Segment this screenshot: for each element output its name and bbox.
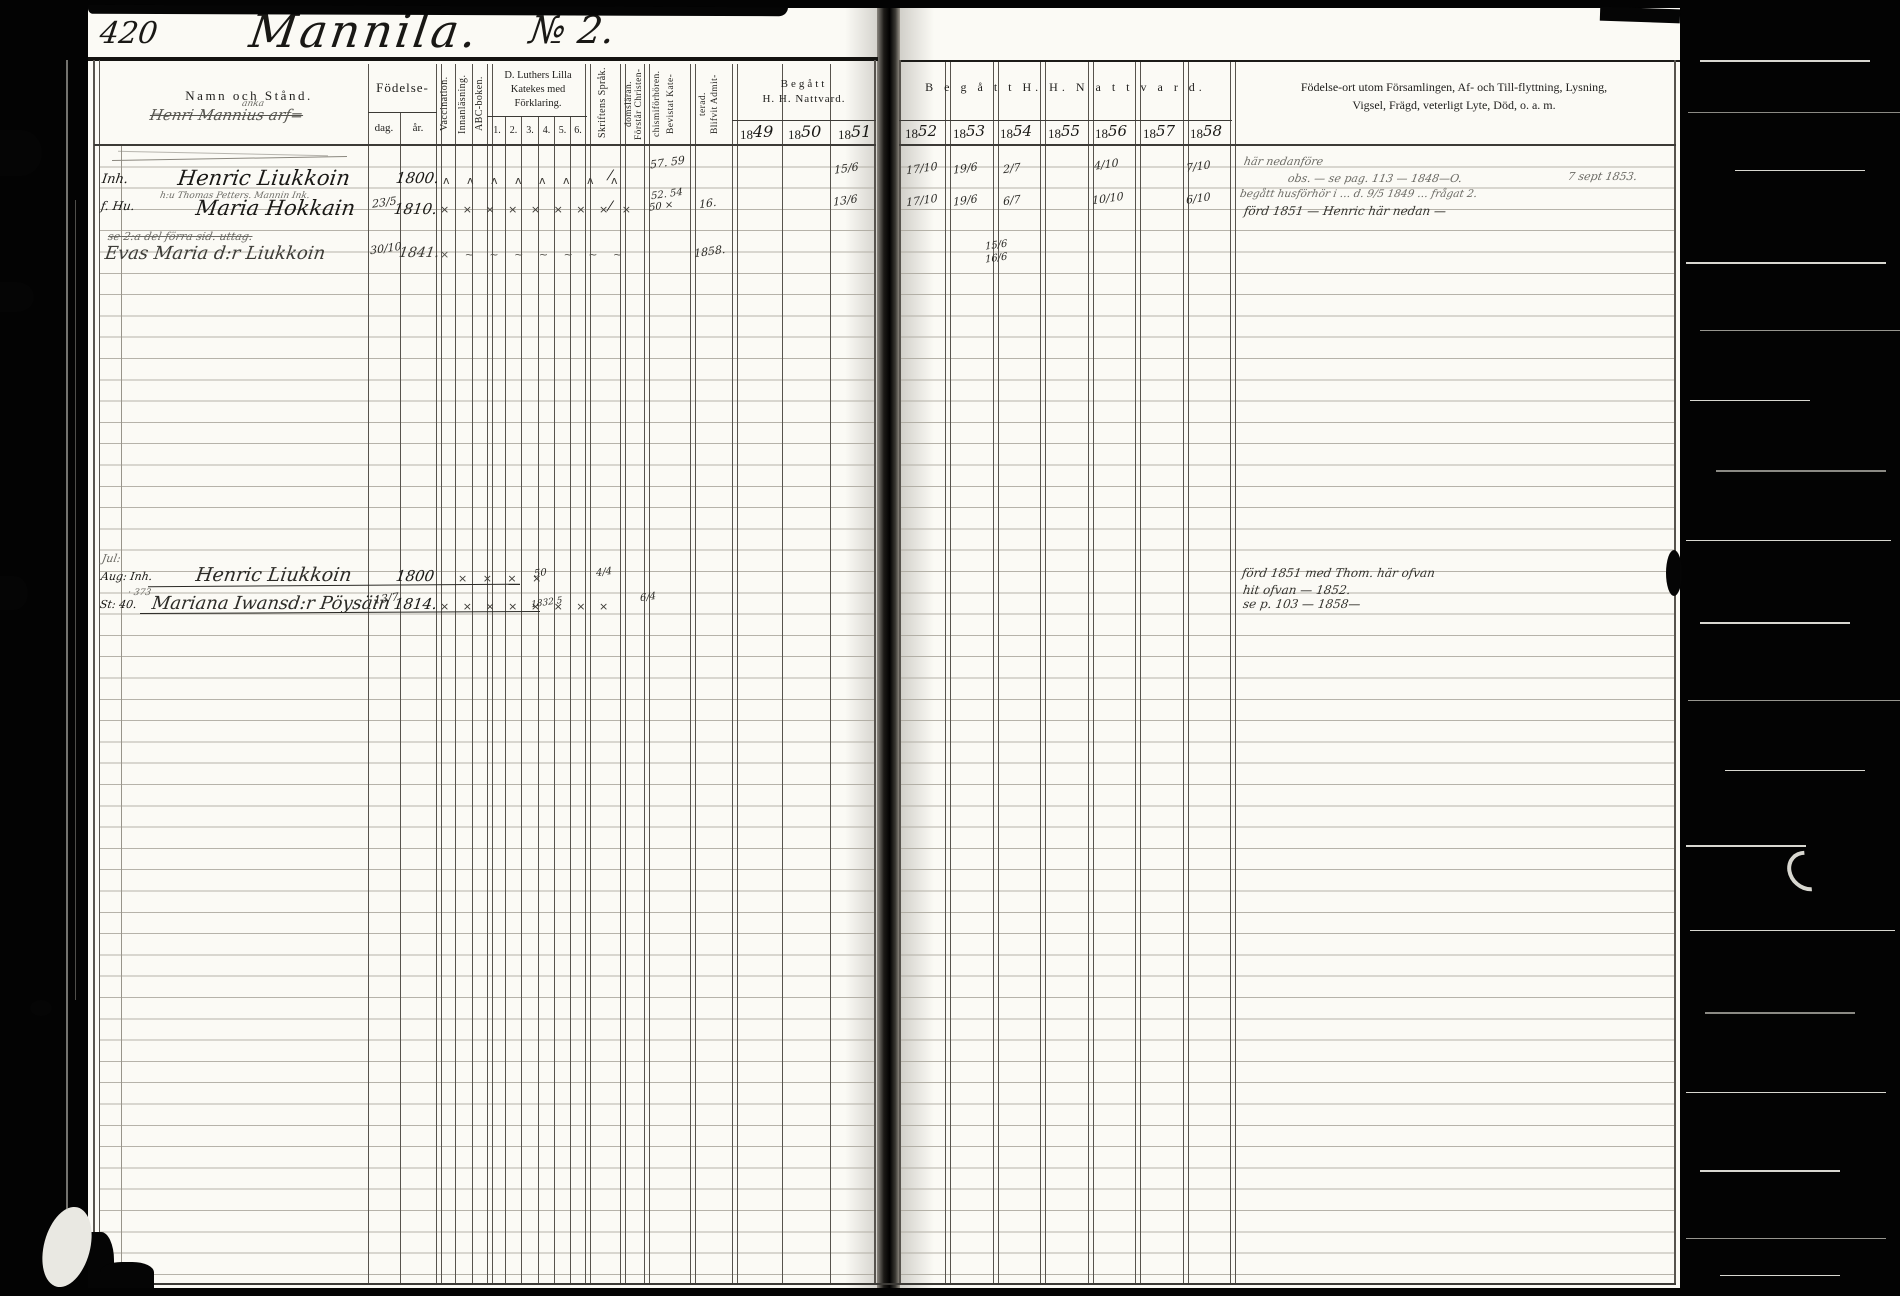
col-line-1858 [1183,62,1189,1285]
page-number: 420 [98,16,160,51]
year-1854-hand: 54 [1013,122,1032,140]
mid-row2-name: Mariana Iwansd:r Pöysäin [151,593,392,614]
year-1855-hand: 55 [1061,122,1080,140]
page-edge-highlight-2 [75,200,76,1000]
col-header-attended-2: chismiförhören. [652,64,662,144]
year-1850-printed: 18 [788,127,801,142]
prefix-column-line [121,146,122,1285]
scan-blot-left-4 [30,1000,52,1016]
year-cell-1857: 1857 [1143,124,1175,143]
year-1851-printed: 18 [838,127,851,142]
title-rule-right [900,60,1680,62]
mid-row1-admit-mark: 4/4 [596,566,612,579]
torn-edge-right-nick [1666,550,1682,596]
page-edge-highlight-1 [66,60,68,1210]
mid-row1-prefix: Aug: Inh. [100,570,153,583]
mid-row2-attended-mark: 6/4 [640,591,656,604]
year-cell-1854: 1854 [1000,124,1032,143]
annotation-mid-3: se p. 103 — 1858— [1242,597,1361,611]
table-bottom-rule [94,1283,1676,1285]
torn-corner-bottom-left-2 [100,1262,154,1288]
mid-row2-birth-year: 1814. [393,595,438,613]
year-1856-printed: 18 [1095,126,1108,141]
year-1857-hand: 57 [1156,122,1175,140]
annotation-top-1: här nedanföre [1243,155,1324,168]
scratch-15 [1686,1092,1886,1093]
catechism-col-6: 6. [571,125,585,136]
col-header-communion-right: B e g å t t H. H. N a t t v a r d. [899,80,1232,95]
scratch-7 [1716,470,1886,472]
left-page-inner-edge [99,60,100,1285]
communion-year-divider-left [732,120,876,121]
year-cell-1851: 1851 [838,124,871,144]
row1-check-marks: ʌ ʌ ʌ ʌ ʌ ʌ ʌ ʌ [443,174,625,187]
year-1858-hand: 58 [1203,122,1222,140]
year-1858-printed: 18 [1190,126,1203,141]
scratch-13 [1690,930,1895,931]
mid-row1-birth-year: 1800 [395,567,436,585]
col-header-scripture: Skriftens Språk. [597,64,608,142]
col-header-birth-year: år. [400,122,436,134]
annotation-top-2-right: 7 sept 1853. [1567,170,1638,183]
col-header-birth-day: dag. [368,122,400,134]
col-header-name-crossed: Henri Mannius arf= [148,106,304,124]
mid-group-note: Jul: [101,552,122,565]
left-page-left-edge [93,60,95,1285]
row2-prefix: f. Hu. [100,199,136,213]
scratch-curl [1779,842,1837,899]
year-cell-1852: 1852 [905,124,937,143]
year-cell-1850: 1850 [788,124,821,144]
col-line-attended [644,64,650,1285]
col-header-abc: ABC-boken. [474,66,485,142]
year-1852-printed: 18 [905,126,918,141]
torn-edge-top-right [1600,7,1680,24]
col-header-catechism-1: D. Luthers Lilla [489,70,587,81]
col-line-1857 [1135,62,1141,1285]
left-page-right-edge [874,60,876,1285]
year-cell-1853: 1853 [953,124,985,143]
binding-gutter [877,8,900,1288]
year-1851-hand: 51 [851,122,871,141]
col-line-1850 [782,64,783,1285]
row1-birth-year: 1800. [395,169,440,187]
col-header-admitted-2: terad. [698,64,708,144]
catechism-divider [487,116,587,117]
year-1852-hand: 52 [918,122,937,140]
year-1853-printed: 18 [953,126,966,141]
catechism-col-2: 2. [506,125,521,136]
year-cell-1856: 1856 [1095,124,1127,143]
col-header-communion-left-2: H. H. Nattvard. [732,93,876,105]
year-1857-printed: 18 [1143,126,1156,141]
header-bottom-left [94,144,876,146]
year-1850-hand: 50 [801,122,821,141]
right-page-right-edge [1674,60,1676,1285]
col-line-1855 [1040,62,1046,1285]
scratch-10 [1688,700,1900,701]
row2-admitted-mark: 16. [699,196,717,211]
scratch-3 [1735,170,1865,171]
col-header-attended-1: Bevistat Kate- [666,64,676,144]
row3-faint-note: se 2:a del förra sid. uttag. [107,230,254,243]
annotation-top-2: obs. — se pag. 113 — 1848—O. [1287,172,1463,185]
col-header-communion-left-1: Begått [732,78,876,90]
row3-birth-year: 1841. [398,245,440,261]
col-header-birth: Födelse- [368,80,437,96]
col-header-understands-1: Förstår Christen- [634,64,644,144]
catechism-sub-3 [538,116,539,1285]
scratch-14 [1705,1012,1855,1014]
row2-birth-year: 1810. [393,200,438,218]
year-cell-1855: 1855 [1048,124,1080,143]
scratch-17 [1686,1238,1886,1239]
row3-check-marks: × ~ ~ ~ ~ ~ ~ ~ [440,248,628,261]
scan-blot-left-1 [0,130,42,176]
year-1855-printed: 18 [1048,126,1061,141]
col-line-1856 [1088,62,1094,1285]
scratch-11 [1725,770,1865,771]
birth-divider [368,112,437,113]
col-header-reading: Innanläsning. [457,66,468,142]
row1-name: Henric Liukkoin [176,166,351,190]
row1-prefix: Inh. [101,172,129,187]
col-header-vaccination: Vaccination. [439,66,450,142]
year-cell-1849: 1849 [740,124,773,144]
catechism-sub-5 [570,116,571,1285]
year-1849-printed: 18 [740,127,753,142]
annotation-mid-1: förd 1851 med Thom. här ofvan [1241,566,1436,580]
title-rule-left [88,57,878,61]
row2-name: Maria Hokkain [194,196,357,220]
year-1849-hand: 49 [753,122,773,141]
catechism-sub-2 [521,116,522,1285]
scan-blot-left-2 [0,282,34,312]
col-line-1851 [830,64,831,1285]
scanned-register-spread: { "page": { "number": "420", "title": "M… [0,0,1900,1296]
mid-row1-name: Henric Liukkoin [194,564,353,586]
catechism-col-5: 5. [555,125,570,136]
col-header-understands-2: domsläran. [624,64,634,144]
catechism-col-1: 1. [489,125,505,136]
row3-name: Evas Maria d:r Liukkoin [104,243,327,264]
col-line-1853 [945,62,951,1285]
annotation-mid-2: hit ofvan — 1852. [1242,583,1351,597]
annotation-top-4: förd 1851 — Henric här nedan — [1243,204,1447,218]
row1-communion-1854: 2/7 [1003,161,1021,177]
year-1853-hand: 53 [966,122,985,140]
year-1856-hand: 56 [1108,122,1127,140]
annotation-top-3: begått husförhör i … d. 9/5 1849 … fråga… [1239,188,1478,200]
catechism-col-4: 4. [539,125,554,136]
scratch-16 [1700,1170,1840,1172]
catechism-sub-4 [554,116,555,1285]
scratch-5 [1700,330,1900,331]
scratch-2 [1688,112,1900,113]
catechism-sub-1 [505,116,506,1285]
col-line-birth-day-year [400,112,401,1285]
catechism-col-3: 3. [522,125,538,136]
col-line-notes [1230,62,1236,1285]
scratch-9 [1700,622,1850,624]
scratch-12 [1686,845,1806,847]
col-line-communion-left [732,64,738,1285]
scratch-6 [1690,400,1810,401]
col-header-notes-1: Födelse-ort utom Församlingen, Af- och T… [1236,80,1672,95]
col-header-admitted-1: Blifvit Admit- [710,64,720,144]
col-header-catechism-3: Förklaring. [489,98,587,109]
mid-row2-prefix: St: 40. [99,598,137,611]
row2-communion-1854: 6/7 [1003,193,1021,209]
scratch-4 [1686,262,1886,264]
row-ruling-right-page [900,146,1675,1282]
year-cell-1858: 1858 [1190,124,1222,143]
scratch-1 [1700,60,1870,62]
mid-row1-mark-50: 50 [534,567,547,580]
header-bottom-right [899,144,1676,146]
mid-row2-interline: · 373 [127,588,152,598]
col-line-birth [368,64,369,1285]
scan-blot-left-3 [0,576,28,610]
year-1854-printed: 18 [1000,126,1013,141]
communion-year-divider-right [899,120,1232,121]
col-header-catechism-2: Katekes med [489,84,587,95]
right-page-left-edge [899,60,901,1285]
col-header-name-crossed-small: änka [241,99,265,109]
scratch-18 [1720,1275,1840,1276]
scratch-8 [1686,540,1891,541]
col-header-notes-2: Vigsel, Frägd, veterligt Lyte, Död, o. a… [1236,98,1672,113]
